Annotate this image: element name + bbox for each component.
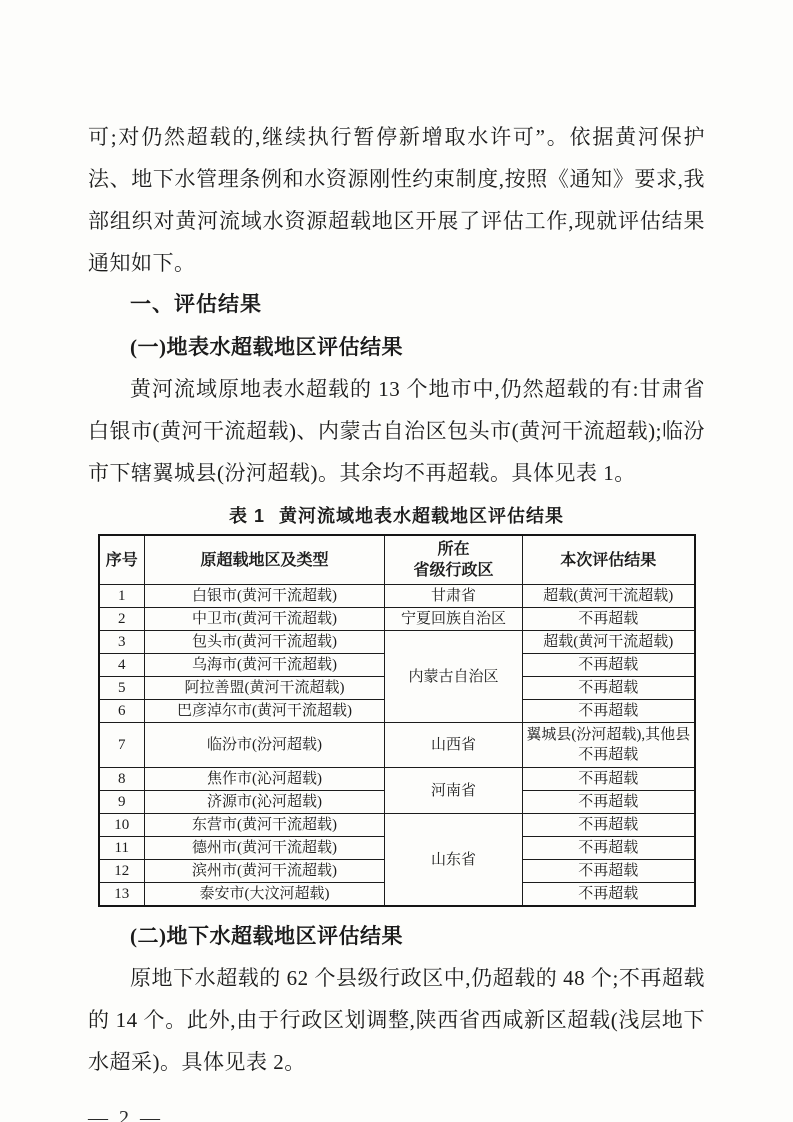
cell-area: 滨州市(黄河干流超载) xyxy=(145,860,385,883)
cell-area: 包头市(黄河干流超载) xyxy=(145,631,385,654)
cell-result: 超载(黄河干流超载) xyxy=(523,631,695,654)
cell-result: 不再超载 xyxy=(523,883,695,907)
cell-seq: 7 xyxy=(99,723,145,768)
surface-water-paragraph: 黄河流域原地表水超载的 13 个地市中,仍然超载的有:甘肃省白银市(黄河干流超载… xyxy=(88,368,705,494)
cell-seq: 11 xyxy=(99,837,145,860)
cell-result: 不再超载 xyxy=(523,814,695,837)
cell-result: 不再超载 xyxy=(523,860,695,883)
cell-province-merged: 山东省 xyxy=(385,814,523,907)
cell-result: 不再超载 xyxy=(523,791,695,814)
cell-area: 乌海市(黄河干流超载) xyxy=(145,654,385,677)
cell-province: 宁夏回族自治区 xyxy=(385,608,523,631)
subheading-surface-water: (一)地表水超载地区评估结果 xyxy=(88,326,705,368)
cell-area: 巴彦淖尔市(黄河干流超载) xyxy=(145,700,385,723)
header-seq: 序号 xyxy=(99,535,145,585)
cell-result: 不再超载 xyxy=(523,608,695,631)
cell-area: 焦作市(沁河超载) xyxy=(145,768,385,791)
table-row: 10 东营市(黄河干流超载) 山东省 不再超载 xyxy=(99,814,695,837)
cell-area: 东营市(黄河干流超载) xyxy=(145,814,385,837)
table-row: 3 包头市(黄河干流超载) 内蒙古自治区 超载(黄河干流超载) xyxy=(99,631,695,654)
groundwater-paragraph: 原地下水超载的 62 个县级行政区中,仍超载的 48 个;不再超载的 14 个。… xyxy=(88,957,705,1083)
table-row: 1 白银市(黄河干流超载) 甘肃省 超载(黄河干流超载) xyxy=(99,585,695,608)
cell-seq: 2 xyxy=(99,608,145,631)
header-result: 本次评估结果 xyxy=(523,535,695,585)
cell-seq: 12 xyxy=(99,860,145,883)
header-area: 原超载地区及类型 xyxy=(145,535,385,585)
page-number: — 2 — xyxy=(88,1107,705,1122)
header-province-line1: 所在 xyxy=(388,539,519,560)
cell-area: 阿拉善盟(黄河干流超载) xyxy=(145,677,385,700)
cell-result: 不再超载 xyxy=(523,654,695,677)
cell-seq: 8 xyxy=(99,768,145,791)
document-page: 可;对仍然超载的,继续执行暂停新增取水许可”。依据黄河保护法、地下水管理条例和水… xyxy=(0,0,793,1122)
cell-seq: 13 xyxy=(99,883,145,907)
cell-province-merged: 河南省 xyxy=(385,768,523,814)
cell-result: 不再超载 xyxy=(523,700,695,723)
cell-seq: 1 xyxy=(99,585,145,608)
table-row: 8 焦作市(沁河超载) 河南省 不再超载 xyxy=(99,768,695,791)
cell-seq: 9 xyxy=(99,791,145,814)
surface-water-assessment-table: 序号 原超载地区及类型 所在 省级行政区 本次评估结果 1 白银市(黄河干流超载… xyxy=(98,534,696,907)
cell-area: 泰安市(大汶河超载) xyxy=(145,883,385,907)
table1-title-text: 黄河流域地表水超载地区评估结果 xyxy=(279,506,564,526)
cell-result: 翼城县(汾河超载),其他县不再超载 xyxy=(523,723,695,768)
section-heading-results: 一、评估结果 xyxy=(88,284,705,326)
cell-seq: 5 xyxy=(99,677,145,700)
table1-title: 表 1黄河流域地表水超载地区评估结果 xyxy=(88,502,705,528)
cell-area: 中卫市(黄河干流超载) xyxy=(145,608,385,631)
cell-area: 白银市(黄河干流超载) xyxy=(145,585,385,608)
cell-result: 不再超载 xyxy=(523,677,695,700)
table1-title-number: 表 1 xyxy=(229,506,265,526)
cell-province: 甘肃省 xyxy=(385,585,523,608)
cell-result: 不再超载 xyxy=(523,837,695,860)
cell-province: 山西省 xyxy=(385,723,523,768)
cell-area: 济源市(沁河超载) xyxy=(145,791,385,814)
cell-seq: 3 xyxy=(99,631,145,654)
table-row: 7 临汾市(汾河超载) 山西省 翼城县(汾河超载),其他县不再超载 xyxy=(99,723,695,768)
cell-seq: 4 xyxy=(99,654,145,677)
cell-result: 不再超载 xyxy=(523,768,695,791)
header-province-line2: 省级行政区 xyxy=(388,560,519,581)
cell-result: 超载(黄河干流超载) xyxy=(523,585,695,608)
header-province: 所在 省级行政区 xyxy=(385,535,523,585)
table-row: 2 中卫市(黄河干流超载) 宁夏回族自治区 不再超载 xyxy=(99,608,695,631)
cell-seq: 10 xyxy=(99,814,145,837)
subheading-groundwater: (二)地下水超载地区评估结果 xyxy=(88,915,705,957)
intro-paragraph: 可;对仍然超载的,继续执行暂停新增取水许可”。依据黄河保护法、地下水管理条例和水… xyxy=(88,116,705,284)
table-header-row: 序号 原超载地区及类型 所在 省级行政区 本次评估结果 xyxy=(99,535,695,585)
cell-area: 德州市(黄河干流超载) xyxy=(145,837,385,860)
cell-area: 临汾市(汾河超载) xyxy=(145,723,385,768)
cell-seq: 6 xyxy=(99,700,145,723)
cell-province-merged: 内蒙古自治区 xyxy=(385,631,523,723)
